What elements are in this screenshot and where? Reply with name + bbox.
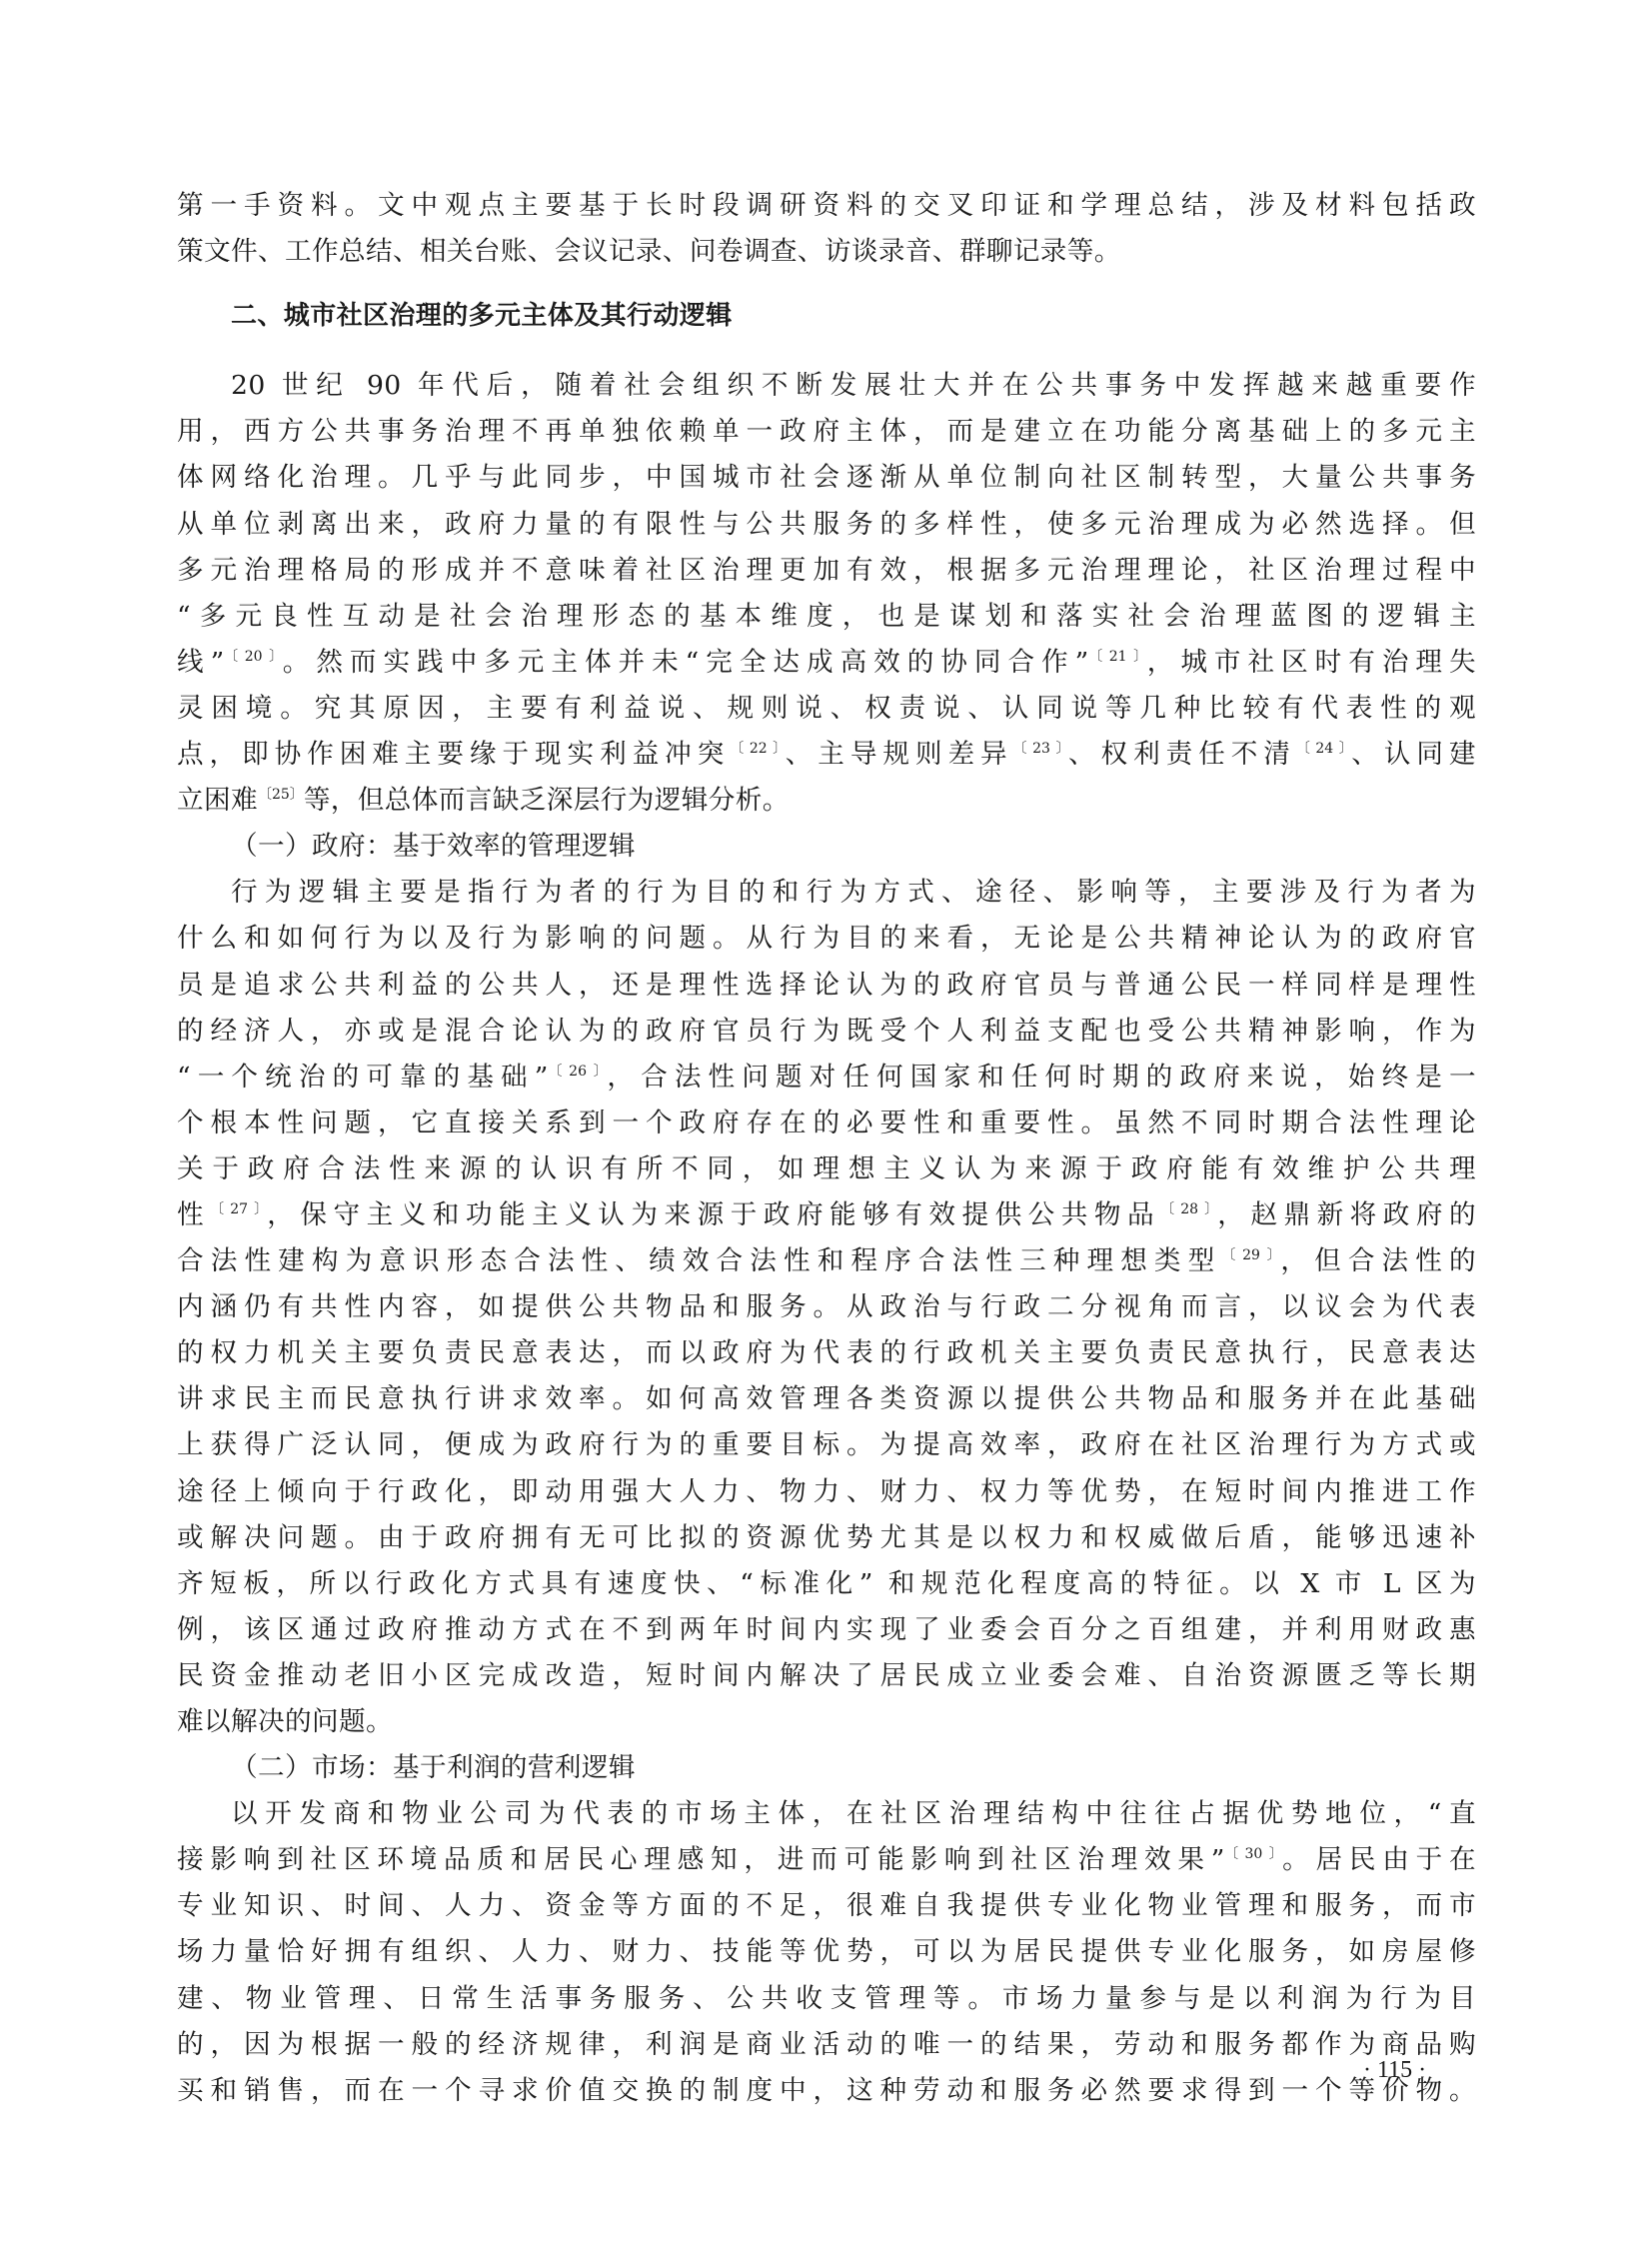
text-line: 性〔27〕，保守主义和功能主义认为来源于政府能够有效提供公共物品〔28〕，赵鼎新… [177, 1192, 1476, 1238]
citation-23: 〔23〕 [1013, 741, 1068, 757]
paragraph-government-logic: 行为逻辑主要是指行为者的行为目的和行为方式、途径、影响等，主要涉及行为者为 什么… [177, 870, 1476, 1745]
text-line: 上获得广泛认同，便成为政府行为的重要目标。为提高效率，政府在社区治理行为方式或 [177, 1422, 1476, 1468]
text-segment: ，保守主义和功能主义认为来源于政府能够有效提供公共物品 [267, 1199, 1160, 1230]
citation-27: 〔27〕 [210, 1201, 267, 1217]
text-line: 途径上倾向于行政化，即动用强大人力、物力、财力、权力等优势，在短时间内推进工作 [177, 1469, 1476, 1515]
subsection-title-government: （一）政府：基于效率的管理逻辑 [177, 824, 1476, 870]
text-segment: 等，但总体而言缺乏深层行为逻辑分析。 [304, 785, 790, 816]
text-line: 或解决问题。由于政府拥有无可比拟的资源优势尤其是以权力和权威做后盾，能够迅速补 [177, 1515, 1476, 1561]
text-line: 的经济人，亦或是混合论认为的政府官员行为既受个人利益支配也受公共精神影响，作为 [177, 1009, 1476, 1055]
text-line: 用，西方公共事务治理不再单独依赖单一政府主体，而是建立在功能分离基础上的多元主 [177, 409, 1476, 455]
text-line: “多元良性互动是社会治理形态的基本维度，也是谋划和落实社会治理蓝图的逻辑主 [177, 594, 1476, 640]
citation-30: 〔30〕 [1225, 1846, 1282, 1862]
paragraph-market-logic: 以开发商和物业公司为代表的市场主体，在社区治理结构中往往占据优势地位，“直 接影… [177, 1791, 1476, 2114]
text-line: “一个统治的可靠的基础”〔26〕，合法性问题对任何国家和任何时期的政府来说，始终… [177, 1055, 1476, 1101]
text-segment: ，但合法性的 [1280, 1245, 1476, 1276]
text-line: 策文件、工作总结、相关台账、会议记录、问卷调查、访谈录音、群聊记录等。 [177, 229, 1476, 275]
text-line: 买和销售，而在一个寻求价值交换的制度中，这种劳动和服务必然要求得到一个等价物。 [177, 2068, 1476, 2114]
text-segment: 、主导规则差异 [786, 739, 1013, 770]
text-segment: 。居民由于在 [1282, 1844, 1476, 1875]
paragraph-multi-actor-governance: 20 世纪 90 年代后，随着社会组织不断发展壮大并在公共事务中发挥越来越重要作… [177, 363, 1476, 824]
citation-28: 〔28〕 [1160, 1201, 1217, 1217]
text-line: 内涵仍有共性内容，如提供公共物品和服务。从政治与行政二分视角而言，以议会为代表 [177, 1284, 1476, 1330]
text-segment: 点，即协作困难主要缘于现实利益冲突 [177, 739, 730, 770]
text-segment: 合法性建构为意识形态合法性、绩效合法性和程序合法性三种理想类型 [177, 1245, 1221, 1276]
text-line: 灵困境。究其原因，主要有利益说、规则说、权责说、认同说等几种比较有代表性的观 [177, 686, 1476, 732]
text-segment: ，赵鼎新将政府的 [1217, 1199, 1476, 1230]
text-line: 讲求民主而民意执行讲求效率。如何高效管理各类资源以提供公共物品和服务并在此基础 [177, 1376, 1476, 1422]
text-line: 以开发商和物业公司为代表的市场主体，在社区治理结构中往往占据优势地位，“直 [177, 1791, 1476, 1837]
text-segment: 、认同建 [1351, 739, 1476, 770]
text-line: 专业知识、时间、人力、资金等方面的不足，很难自我提供专业化物业管理和服务，而市 [177, 1883, 1476, 1929]
citation-26: 〔26〕 [549, 1064, 608, 1080]
text-line: 关于政府合法性来源的认识有所不同，如理想主义认为来源于政府能有效维护公共理 [177, 1146, 1476, 1192]
text-line: 立困难〔25〕等，但总体而言缺乏深层行为逻辑分析。 [177, 778, 1476, 824]
text-line: 建、物业管理、日常生活事务服务、公共收支管理等。市场力量参与是以利润为行为目 [177, 1976, 1476, 2022]
text-segment: 。然而实践中多元主体并未“完全达成高效的协同合作” [283, 647, 1089, 678]
text-line: 民资金推动老旧小区完成改造，短时间内解决了居民成立业委会难、自治资源匮乏等长期 [177, 1653, 1476, 1699]
text-segment: ，城市社区时有治理失 [1147, 647, 1476, 678]
text-line: 个根本性问题，它直接关系到一个政府存在的必要性和重要性。虽然不同时期合法性理论 [177, 1101, 1476, 1146]
text-line: 体网络化治理。几乎与此同步，中国城市社会逐渐从单位制向社区制转型，大量公共事务 [177, 455, 1476, 501]
intro-paragraph: 第一手资料。文中观点主要基于长时段调研资料的交叉印证和学理总结，涉及材料包括政 … [177, 183, 1476, 275]
article-body: 第一手资料。文中观点主要基于长时段调研资料的交叉印证和学理总结，涉及材料包括政 … [177, 183, 1476, 2114]
text-line: 点，即协作困难主要缘于现实利益冲突〔22〕、主导规则差异〔23〕、权利责任不清〔… [177, 732, 1476, 778]
text-segment: 线” [177, 647, 225, 678]
text-line: 例，该区通过政府推动方式在不到两年时间内实现了业委会百分之百组建，并利用财政惠 [177, 1607, 1476, 1653]
text-line: 接影响到社区环境品质和居民心理感知，进而可能影响到社区治理效果”〔30〕。居民由… [177, 1837, 1476, 1883]
citation-24: 〔24〕 [1296, 741, 1351, 757]
text-segment: 接影响到社区环境品质和居民心理感知，进而可能影响到社区治理效果” [177, 1844, 1225, 1875]
text-line: 合法性建构为意识形态合法性、绩效合法性和程序合法性三种理想类型〔29〕，但合法性… [177, 1238, 1476, 1284]
text-line: 齐短板，所以行政化方式具有速度快、“标准化” 和规范化程度高的特征。以 X 市 … [177, 1561, 1476, 1607]
text-segment: 立困难 [177, 785, 258, 816]
citation-21: 〔21〕 [1089, 649, 1147, 665]
citation-29: 〔29〕 [1221, 1247, 1280, 1263]
text-segment: 性 [177, 1199, 210, 1230]
section-heading: 二、城市社区治理的多元主体及其行动逻辑 [177, 293, 1476, 339]
page-number: · 115 · [1363, 2057, 1426, 2084]
citation-25: 〔25〕 [258, 787, 304, 803]
text-line: 什么和如何行为以及行为影响的问题。从行为目的来看，无论是公共精神论认为的政府官 [177, 916, 1476, 962]
text-line: 员是追求公共利益的公共人，还是理性选择论认为的政府官员与普通公民一样同样是理性 [177, 963, 1476, 1009]
text-line: 场力量恰好拥有组织、人力、财力、技能等优势，可以为居民提供专业化服务，如房屋修 [177, 1929, 1476, 1975]
text-segment: ，合法性问题对任何国家和任何时期的政府来说，始终是一 [607, 1062, 1476, 1093]
text-segment: “一个统治的可靠的基础” [177, 1062, 549, 1093]
text-line: 从单位剥离出来，政府力量的有限性与公共服务的多样性，使多元治理成为必然选择。但 [177, 502, 1476, 548]
citation-20: 〔20〕 [225, 649, 283, 665]
text-line: 的，因为根据一般的经济规律，利润是商业活动的唯一的结果，劳动和服务都作为商品购 [177, 2022, 1476, 2068]
text-line: 20 世纪 90 年代后，随着社会组织不断发展壮大并在公共事务中发挥越来越重要作 [177, 363, 1476, 409]
text-line: 线”〔20〕。然而实践中多元主体并未“完全达成高效的协同合作”〔21〕，城市社区… [177, 640, 1476, 686]
subsection-title-market: （二）市场：基于利润的营利逻辑 [177, 1745, 1476, 1791]
citation-22: 〔22〕 [730, 741, 785, 757]
text-line: 难以解决的问题。 [177, 1699, 1476, 1745]
text-line: 行为逻辑主要是指行为者的行为目的和行为方式、途径、影响等，主要涉及行为者为 [177, 870, 1476, 916]
text-line: 多元治理格局的形成并不意味着社区治理更加有效，根据多元治理理论，社区治理过程中 [177, 548, 1476, 594]
text-line: 的权力机关主要负责民意表达，而以政府为代表的行政机关主要负责民意执行，民意表达 [177, 1330, 1476, 1376]
text-line: 第一手资料。文中观点主要基于长时段调研资料的交叉印证和学理总结，涉及材料包括政 [177, 183, 1476, 229]
text-segment: 、权利责任不清 [1068, 739, 1296, 770]
